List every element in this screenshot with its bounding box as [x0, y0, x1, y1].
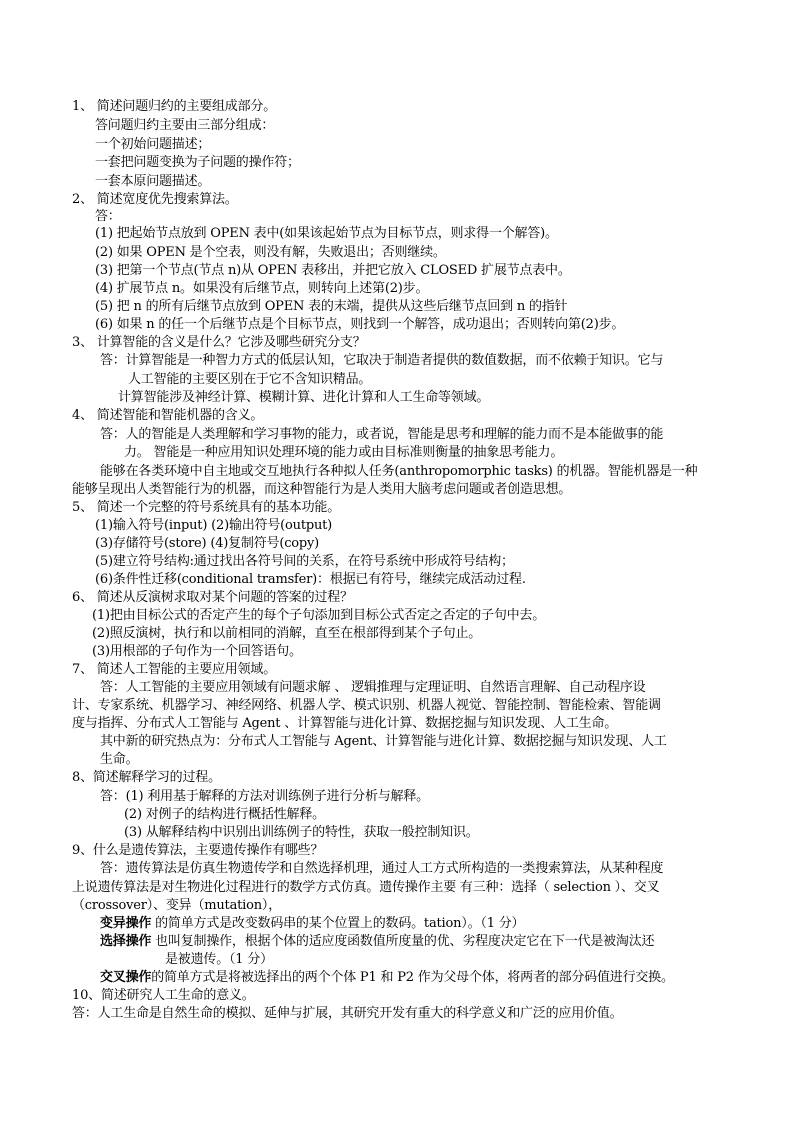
text-line: 选择操作 也叫复制操作，根据个体的适应度函数值所度量的优、劣程度决定它在下一代是… [100, 933, 654, 950]
line-text: 的简单方式是将被选择出的两个个体 P1 和 P2 作为父母个体，将两者的部分码值… [151, 970, 674, 985]
text-line: (3) 把第一个节点(节点 n)从 OPEN 表移出，并把它放入 CLOSED … [95, 262, 571, 279]
text-line: 答：(1) 利用基于解释的方法对训练例子进行分析与解释。 [100, 788, 429, 805]
text-line: 一套本原问题描述。 [95, 173, 210, 190]
text-line: (4) 扩展节点 n。如果没有后继节点，则转向上述第(2)步。 [95, 280, 428, 297]
line-text: 也叫复制操作，根据个体的适应度函数值所度量的优、劣程度决定它在下一代是被淘汰还 [151, 934, 654, 949]
text-line: 度与指挥、分布式人工智能与 Agent 、计算智能与进化计算、数据挖掘与知识发现… [72, 715, 617, 732]
text-line: 8、简述解释学习的过程。 [72, 769, 221, 786]
bold-term: 交叉操作 [100, 970, 151, 985]
text-line: 答：人的智能是人类理解和学习事物的能力，或者说，智能是思考和理解的能力而不是本能… [100, 426, 663, 443]
text-line: 9、什么是遗传算法，主要遗传操作有哪些？ [72, 842, 323, 859]
text-line: 1、 简述问题归约的主要组成部分。 [72, 98, 276, 115]
text-line: 能够在各类环境中自主地或交互地执行各种拟人任务(anthropomorphic … [100, 463, 697, 480]
text-line: 是被遗传。（1 分） [165, 951, 273, 968]
text-line: (2) 如果 OPEN 是个空表，则没有解，失败退出；否则继续。 [95, 244, 446, 261]
text-line: 计、专家系统、机器学习、神经网络、机器人学、模式识别、机器人视觉、智能控制、智能… [72, 697, 661, 714]
text-line: 交叉操作的简单方式是将被选择出的两个个体 P1 和 P2 作为父母个体，将两者的… [100, 969, 674, 986]
text-line: (2)照反演树，执行和以前相同的消解，直至在根部得到某个子句止。 [92, 625, 481, 642]
text-line: 5、 简述一个完整的符号系统具有的基本功能。 [72, 499, 340, 516]
text-line: 一个初始问题描述； [95, 136, 210, 153]
text-line: 变异操作 的简单方式是改变数码串的某个位置上的数码。tation）。（1 分） [100, 915, 524, 932]
text-line: 上说遗传算法是对生物进化过程进行的数学方式仿真。遗传操作主要 有三种：选择（ s… [72, 879, 659, 896]
text-line: 答： [95, 208, 121, 225]
text-line: (3)用根部的子句作为一个回答语句。 [92, 643, 302, 660]
text-line: 4、 简述智能和智能机器的含义。 [72, 407, 263, 424]
text-line: 答：人工生命是自然生命的模拟、延伸与扩展，其研究开发有重大的科学意义和广泛的应用… [72, 1005, 622, 1022]
text-line: 答：人工智能的主要应用领域有问题求解 、 逻辑推理与定理证明、自然语言理解、自己… [100, 679, 645, 696]
bold-term: 选择操作 [100, 934, 151, 949]
text-line: 答：遗传算法是仿真生物遗传学和自然选择机理，通过人工方式所构造的一类搜索算法，从… [100, 860, 663, 877]
text-line: 答问题归约主要由三部分组成： [95, 117, 274, 134]
text-line: 6、 简述从反演树求取对某个问题的答案的过程？ [72, 589, 353, 606]
line-text: 的简单方式是改变数码串的某个位置上的数码。tation）。（1 分） [151, 916, 524, 931]
text-line: (5)建立符号结构:通过找出各符号间的关系，在符号系统中形成符号结构； [95, 553, 514, 570]
text-line: 3、 计算智能的含义是什么？它涉及哪些研究分支？ [72, 334, 366, 351]
bold-term: 变异操作 [100, 916, 151, 931]
text-line: (1)输入符号(input) (2)输出符号(output) [95, 517, 332, 534]
text-line: 人工智能的主要区别在于它不含知识精品。 [128, 371, 371, 388]
text-line: 答：计算智能是一种智力方式的低层认知，它取决于制造者提供的数值数据，而不依赖于知… [100, 352, 663, 369]
text-line: (5) 把 n 的所有后继节点放到 OPEN 表的末端，提供从这些后继节点回到 … [95, 298, 567, 315]
text-line: 能够呈现出人类智能行为的机器，而这种智能行为是人类用大脑考虑问题或者创造思想。 [72, 481, 571, 498]
text-line: 力。 智能是一种应用知识处理环境的能力或由目标准则衡量的抽象思考能力。 [124, 444, 563, 461]
text-line: 计算智能涉及神经计算、模糊计算、进化计算和人工生命等领域。 [118, 389, 489, 406]
text-line: （crossover）、变异（mutation）， [72, 897, 281, 914]
text-line: 其中新的研究热点为：分布式人工智能与 Agent、计算智能与进化计算、数据挖掘与… [100, 733, 667, 750]
text-line: (3) 从解释结构中识别出训练例子的特性，获取一般控制知识。 [124, 824, 479, 841]
text-line: 7、 简述人工智能的主要应用领域。 [72, 661, 276, 678]
text-line: (6)条件性迁移(conditional tramsfer)：根据已有符号，继续… [95, 571, 526, 588]
text-line: (2) 对例子的结构进行概括性解释。 [124, 806, 325, 823]
text-line: (1) 把起始节点放到 OPEN 表中(如果该起始节点为目标节点，则求得一个解答… [95, 225, 558, 242]
text-line: (3)存储符号(store) (4)复制符号(copy) [95, 535, 319, 552]
text-line: 2、 简述宽度优先搜索算法。 [72, 191, 238, 208]
document-page: 1、 简述问题归约的主要组成部分。答问题归约主要由三部分组成：一个初始问题描述；… [0, 0, 794, 1123]
text-line: 10、简述研究人工生命的意义。 [72, 987, 255, 1004]
text-line: 生命。 [100, 751, 138, 768]
text-line: 一套把问题变换为子问题的操作符； [95, 154, 300, 171]
text-line: (6) 如果 n 的任一个后继节点是个目标节点，则找到一个解答，成功退出；否则转… [95, 316, 624, 333]
text-line: (1)把由目标公式的否定产生的每个子句添加到目标公式否定之否定的子句中去。 [92, 607, 545, 624]
